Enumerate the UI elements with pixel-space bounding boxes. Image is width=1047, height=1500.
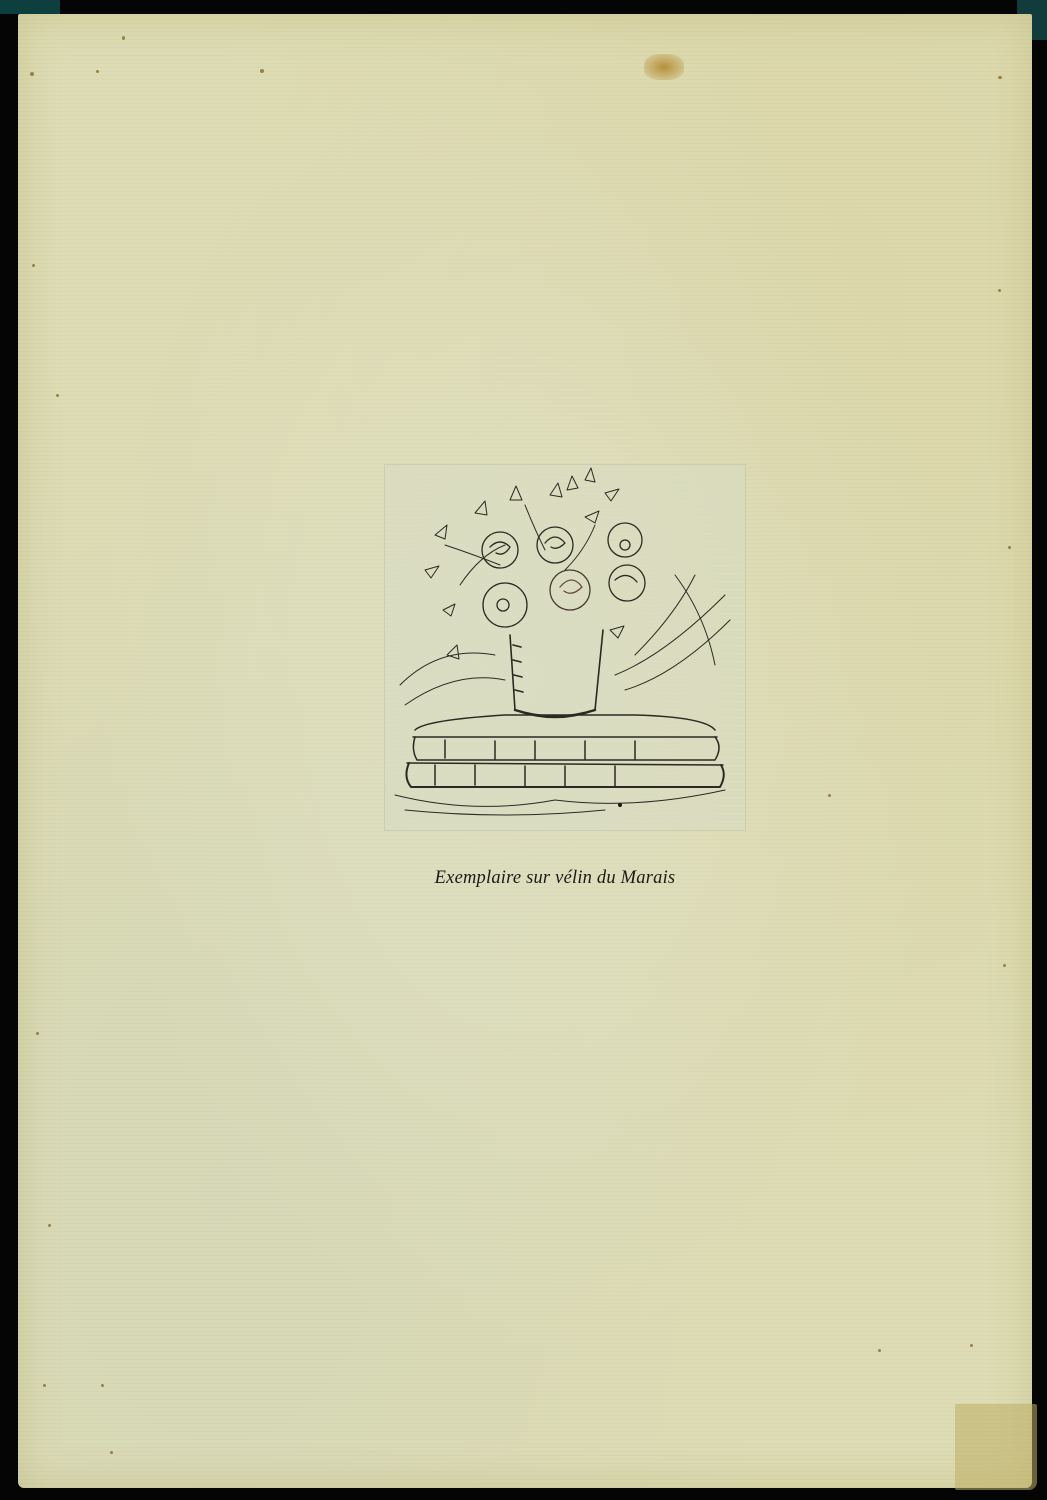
foxing-spot — [30, 72, 34, 76]
foxing-spot — [110, 1451, 113, 1454]
vase-of-flowers-on-books-illustration — [385, 465, 745, 830]
flowers — [482, 523, 645, 627]
foxing-spot — [122, 36, 125, 40]
ink-dot — [618, 803, 622, 807]
foxing-spot — [1003, 964, 1006, 967]
foxing-spot — [56, 394, 59, 397]
drapery — [395, 575, 730, 815]
foxing-spot — [32, 264, 35, 267]
leaves — [425, 468, 624, 659]
foxing-spot — [101, 1384, 104, 1387]
foxing-spot — [43, 1384, 46, 1387]
foxing-spot — [36, 1032, 39, 1035]
foxing-spot — [260, 69, 264, 73]
water-stain — [644, 54, 684, 80]
scan-background-corner — [0, 0, 60, 14]
foxing-spot — [96, 70, 99, 73]
foxing-spot — [998, 289, 1001, 292]
discolored-patch — [955, 1404, 1037, 1490]
stacked-books — [406, 715, 723, 787]
foxing-spot — [1008, 546, 1011, 549]
foxing-spot — [878, 1349, 881, 1352]
foxing-spot — [828, 794, 831, 797]
vase — [510, 630, 603, 718]
foxing-spot — [970, 1344, 973, 1347]
etching-plate — [385, 465, 745, 830]
foxing-spot — [998, 76, 1002, 79]
edition-caption: Exemplaire sur vélin du Marais — [385, 868, 725, 889]
foxing-spot — [48, 1224, 51, 1227]
